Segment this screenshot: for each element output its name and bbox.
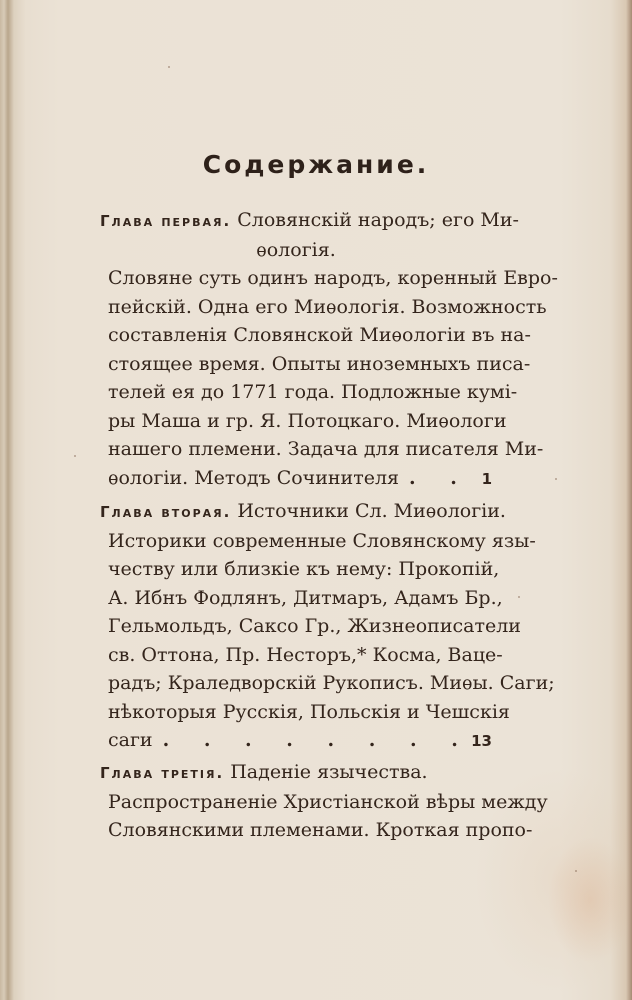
page-number: 1 [482,465,492,494]
paper-speck [575,870,577,872]
chapter-title-continued: ѳологія. [100,236,492,265]
chapter-title: Словянскій народъ; его Ми- [237,209,519,231]
paper-speck [168,66,170,68]
summary-line: нашего племени. Задача для писателя Ми- [100,435,492,464]
chapter-label: Глава первая. [100,212,231,230]
page-number: 13 [471,727,492,756]
toc-leader-row: саги 13 [100,726,492,756]
chapter-title: Источники Сл. Миѳологіи. [237,500,506,522]
page-title: Содержание. [0,150,632,179]
summary-line: Гельмольдъ, Саксо Гр., Жизнеописатели [100,612,492,641]
summary-line: нѣкоторыя Русскія, Польскія и Чешскія [100,698,492,727]
paper-speck [555,478,557,480]
summary-line: ры Маша и гр. Я. Потоцкаго. Миѳологи [100,407,492,436]
toc-entry-chapter-3: Глава третія. Паденіе язычества. Распрос… [100,758,492,845]
chapter-heading: Глава вторая. Источники Сл. Миѳологіи. [100,497,492,527]
summary-line: св. Оттона, Пр. Несторъ,* Косма, Ваце- [100,641,492,670]
summary-line: радъ; Краледворскій Рукописъ. Миѳы. Саги… [100,669,492,698]
summary-line: Словяне суть одинъ народъ, коренный Евро… [100,264,492,293]
book-page: Содержание. Глава первая. Словянскій нар… [0,0,632,1000]
summary-line: Распространеніе Христіанской вѣры между [100,788,492,817]
paper-speck [74,455,76,457]
summary-line: Историки современные Словянскому язы- [100,527,492,556]
dot-leader [163,726,468,755]
toc-entry-chapter-2: Глава вторая. Источники Сл. Миѳологіи. И… [100,497,492,756]
summary-line: ѳологіи. Методъ Сочинителя [108,464,399,493]
chapter-label: Глава вторая. [100,503,231,521]
toc-entry-chapter-1: Глава первая. Словянскій народъ; его Ми-… [100,206,492,493]
chapter-heading: Глава первая. Словянскій народъ; его Ми- [100,206,492,236]
summary-line: А. Ибнъ Фодлянъ, Дитмаръ, Адамъ Бр., [100,584,492,613]
chapter-label: Глава третія. [100,764,224,782]
summary-line: Словянскими племенами. Кроткая пропо- [100,816,492,845]
chapter-title: Паденіе язычества. [230,761,427,783]
summary-line: саги [108,726,153,755]
summary-line: стоящее время. Опыты иноземныхъ писа- [100,350,492,379]
summary-line: пейскій. Одна его Миѳологія. Возможность [100,293,492,322]
paper-speck [518,596,520,598]
summary-line: телей ея до 1771 года. Подложные кумі- [100,378,492,407]
summary-line: честву или близкіе къ нему: Прокопій, [100,555,492,584]
chapter-heading: Глава третія. Паденіе язычества. [100,758,492,788]
summary-line: составленія Словянской Миѳологіи въ на- [100,321,492,350]
dot-leader [409,464,478,493]
toc-leader-row: ѳологіи. Методъ Сочинителя 1 [100,464,492,494]
